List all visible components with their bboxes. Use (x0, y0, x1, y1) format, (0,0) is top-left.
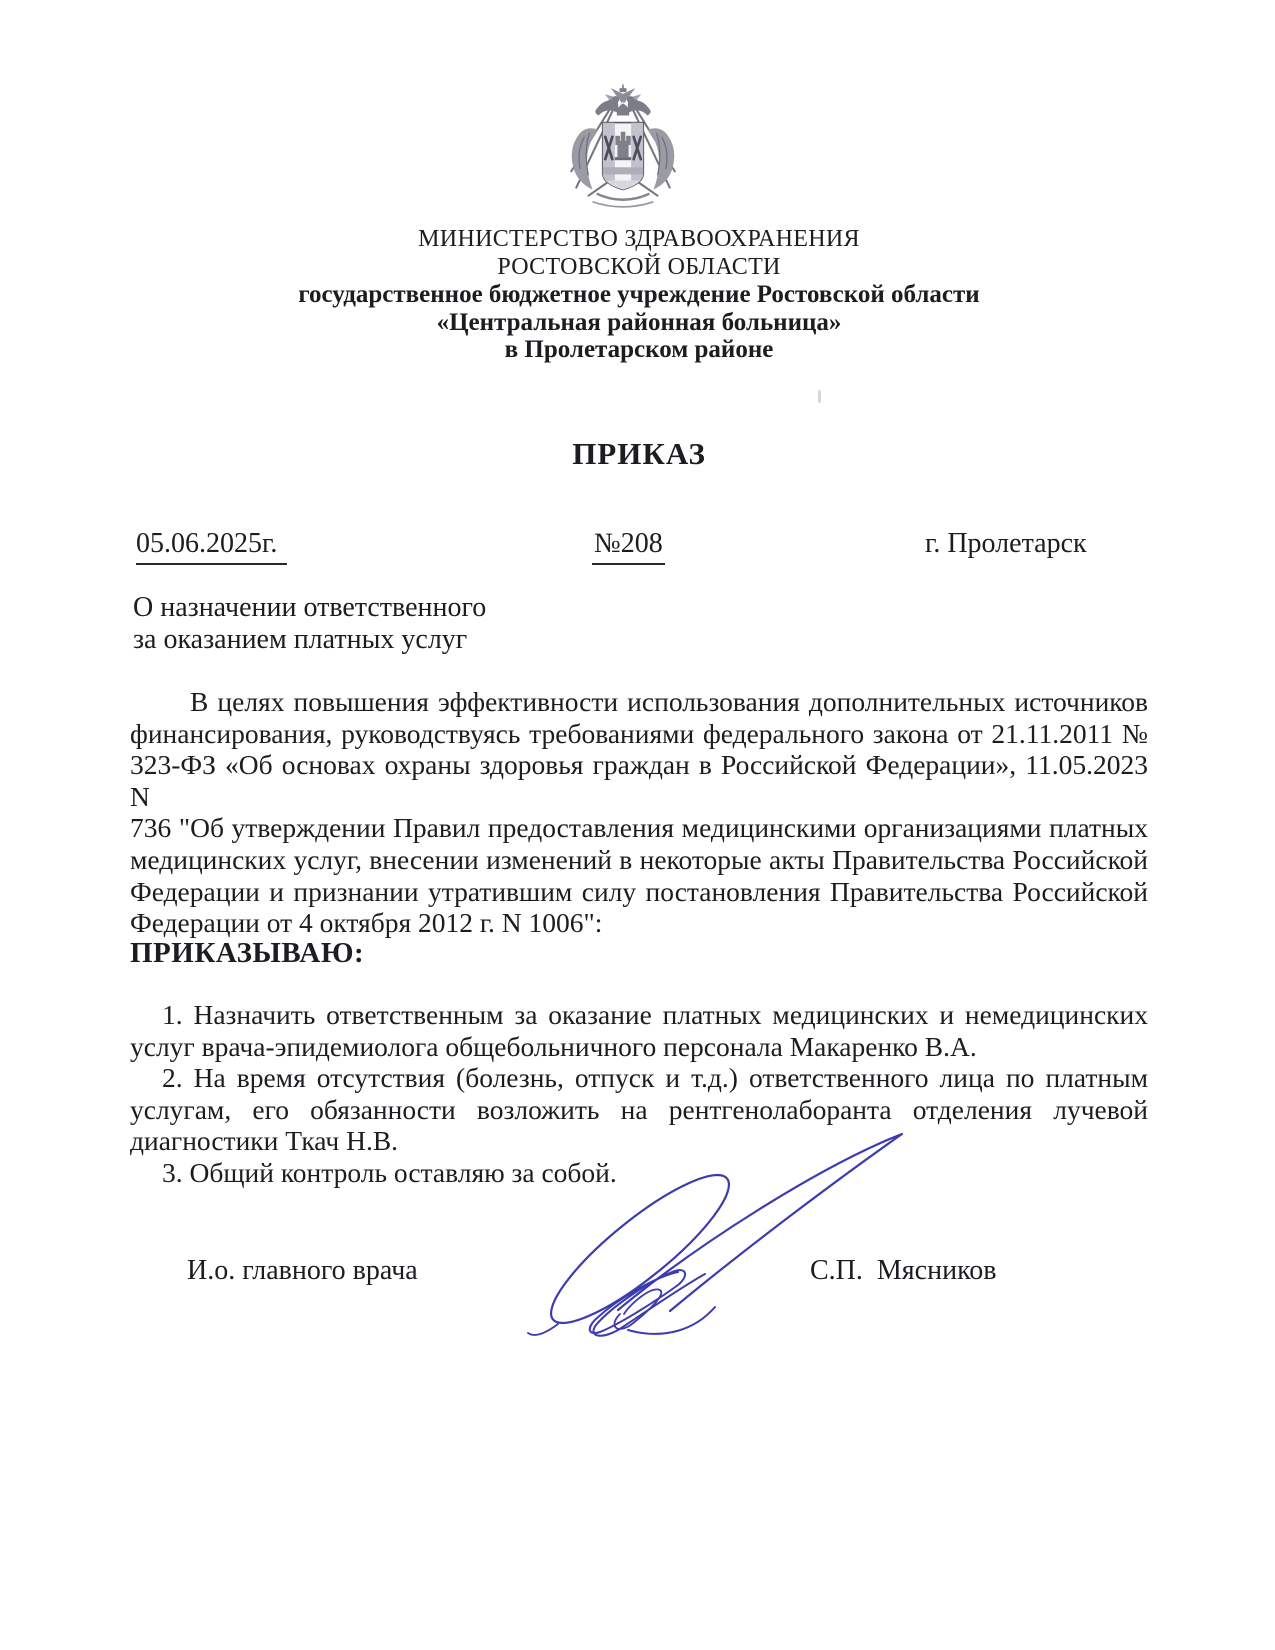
document-title: ПРИКАЗ (130, 436, 1148, 472)
paragraph-line: 323-ФЗ «Об основах охраны здоровья гражд… (130, 749, 1148, 812)
ministry-name-line2: РОСТОВСКОЙ ОБЛАСТИ (130, 254, 1148, 282)
org-name-line1: государственное бюджетное учреждение Рос… (130, 281, 1148, 309)
item-line: 1. Назначить ответственным за оказание п… (130, 999, 1148, 1031)
org-header: МИНИСТЕРСТВО ЗДРАВООХРАНЕНИЯ РОСТОВСКОЙ … (130, 226, 1148, 364)
order-date: 05.06.2025г. (136, 528, 287, 565)
paragraph-line: финансирования, руководствуясь требовани… (130, 718, 1148, 750)
paragraph-line: медицинских услуг, внесении изменений в … (130, 844, 1148, 876)
subject-line: за оказанием платных услуг (133, 624, 733, 656)
rostov-coat-of-arms-icon (560, 82, 686, 214)
paragraph-line: В целях повышения эффективности использо… (130, 686, 1148, 718)
decree-word: ПРИКАЗЫВАЮ: (130, 937, 364, 970)
scanned-order-document: МИНИСТЕРСТВО ЗДРАВООХРАНЕНИЯ РОСТОВСКОЙ … (0, 0, 1275, 1650)
paragraph-line: Федерации от 4 октября 2012 г. N 1006": (130, 907, 1148, 939)
order-subject: О назначении ответственного за оказанием… (133, 592, 733, 655)
order-number: №208 (592, 528, 665, 565)
ministry-name-line1: МИНИСТЕРСТВО ЗДРАВООХРАНЕНИЯ (130, 226, 1148, 254)
paragraph-line: 736 "Об утверждении Правил предоставлени… (130, 812, 1148, 844)
item-line: услуг врача-эпидемиолога общебольничного… (130, 1031, 1148, 1063)
preamble-paragraph: В целях повышения эффективности использо… (130, 686, 1148, 939)
scan-artifact (818, 390, 821, 403)
signer-role: И.о. главного врача (187, 1255, 418, 1287)
subject-line: О назначении ответственного (133, 592, 733, 624)
org-name-line2: «Центральная районная больница» (130, 309, 1148, 337)
handwritten-signature-ink (500, 1078, 950, 1340)
org-name-line3: в Пролетарском районе (130, 336, 1148, 364)
order-city: г. Пролетарск (925, 528, 1087, 560)
order-meta-row: 05.06.2025г. №208 г. Пролетарск (130, 528, 1148, 562)
paragraph-line: Федерации и признании утратившим силу по… (130, 876, 1148, 908)
